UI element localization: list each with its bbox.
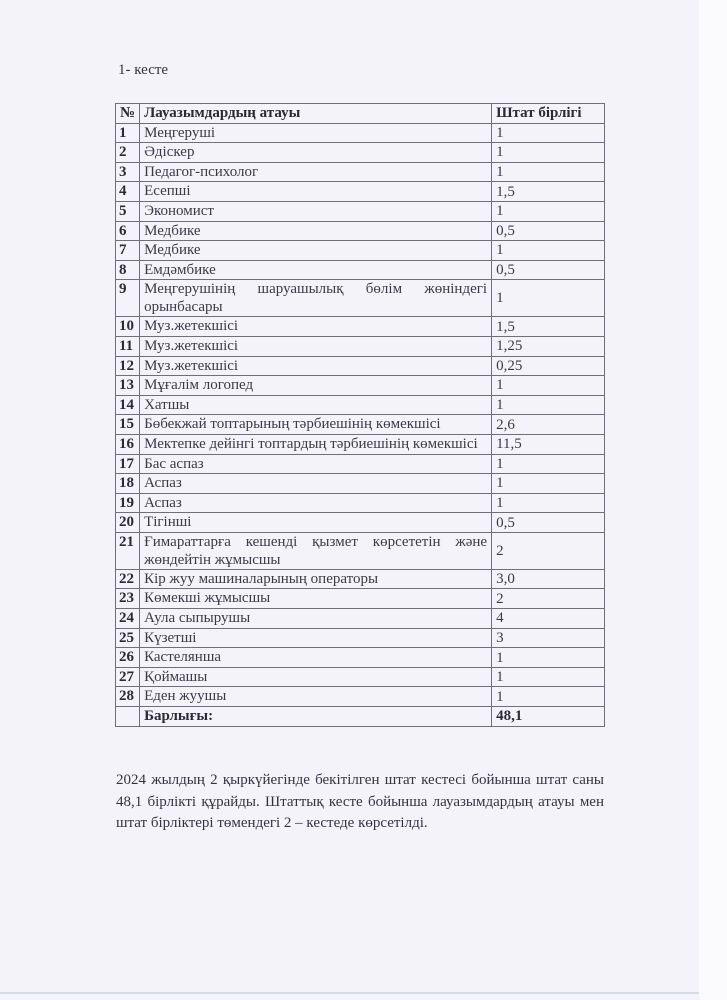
staff-table: № Лауазымдардың атауы Штат бірлігі 1Меңг… bbox=[115, 103, 605, 727]
row-number: 5 bbox=[116, 201, 140, 221]
row-number: 28 bbox=[116, 687, 140, 707]
staff-units: 0,5 bbox=[492, 221, 605, 241]
staff-units: 2 bbox=[492, 532, 605, 569]
table-row: 6Медбике0,5 bbox=[116, 221, 605, 241]
table-row: 10Муз.жетекшісі1,5 bbox=[116, 317, 605, 337]
row-number: 18 bbox=[116, 474, 140, 494]
table-body: 1Меңгеруші12Әдіскер13Педагог-психолог14Е… bbox=[116, 123, 605, 726]
position-name: Меңгеруші bbox=[140, 123, 492, 143]
position-name: Бас аспаз bbox=[140, 454, 492, 474]
table-row: 23Көмекші жұмысшы2 bbox=[116, 589, 605, 609]
staff-units: 1 bbox=[492, 376, 605, 396]
staff-units: 0,5 bbox=[492, 260, 605, 280]
row-number: 22 bbox=[116, 569, 140, 589]
table-row: 7Медбике1 bbox=[116, 241, 605, 261]
row-number: 12 bbox=[116, 356, 140, 376]
table-row: 2Әдіскер1 bbox=[116, 143, 605, 163]
table-row: 20Тігінші0,5 bbox=[116, 513, 605, 533]
table-row: 19Аспаз1 bbox=[116, 493, 605, 513]
table-row: 13Мұғалім логопед1 bbox=[116, 376, 605, 396]
staff-units: 0,25 bbox=[492, 356, 605, 376]
staff-units: 2,6 bbox=[492, 415, 605, 435]
row-number: 17 bbox=[116, 454, 140, 474]
table-row: 21Ғимараттарға кешенді қызмет көрсететін… bbox=[116, 532, 605, 569]
position-name: Меңгерушінің шаруашылық бөлім жөніндегі … bbox=[140, 280, 492, 317]
position-name: Қоймашы bbox=[140, 667, 492, 687]
position-name: Муз.жетекшісі bbox=[140, 336, 492, 356]
table-row: 9Меңгерушінің шаруашылық бөлім жөніндегі… bbox=[116, 280, 605, 317]
position-name: Кастелянша bbox=[140, 648, 492, 668]
row-number: 9 bbox=[116, 280, 140, 317]
staff-units: 1 bbox=[492, 648, 605, 668]
staff-units: 4 bbox=[492, 609, 605, 629]
table-row: 28Еден жуушы1 bbox=[116, 687, 605, 707]
total-label: Барлығы: bbox=[140, 707, 492, 727]
scan-margin-strip bbox=[699, 0, 727, 1000]
staff-units: 1,5 bbox=[492, 182, 605, 202]
row-number: 8 bbox=[116, 260, 140, 280]
row-number: 16 bbox=[116, 434, 140, 454]
table-header-row: № Лауазымдардың атауы Штат бірлігі bbox=[116, 104, 605, 124]
staff-units: 1 bbox=[492, 241, 605, 261]
table-row: 5Экономист1 bbox=[116, 201, 605, 221]
staff-units: 1,5 bbox=[492, 317, 605, 337]
table-row: 22Кір жуу машиналарының операторы3,0 bbox=[116, 569, 605, 589]
position-name: Медбике bbox=[140, 221, 492, 241]
staff-units: 3 bbox=[492, 628, 605, 648]
table-row: 27Қоймашы1 bbox=[116, 667, 605, 687]
table-row: 1Меңгеруші1 bbox=[116, 123, 605, 143]
row-number: 24 bbox=[116, 609, 140, 629]
row-number: 10 bbox=[116, 317, 140, 337]
staff-units: 1 bbox=[492, 162, 605, 182]
row-number: 2 bbox=[116, 143, 140, 163]
row-number: 26 bbox=[116, 648, 140, 668]
position-name: Аспаз bbox=[140, 474, 492, 494]
row-number: 23 bbox=[116, 589, 140, 609]
summary-paragraph: 2024 жылдың 2 қыркүйегінде бекітілген шт… bbox=[116, 770, 604, 835]
table-row: 15Бөбекжай топтарының тәрбиешінің көмекш… bbox=[116, 415, 605, 435]
row-number: 20 bbox=[116, 513, 140, 533]
position-name: Кір жуу машиналарының операторы bbox=[140, 569, 492, 589]
row-number: 3 bbox=[116, 162, 140, 182]
staff-units: 1 bbox=[492, 395, 605, 415]
table-row: 14Хатшы1 bbox=[116, 395, 605, 415]
staff-units: 11,5 bbox=[492, 434, 605, 454]
staff-units: 1 bbox=[492, 667, 605, 687]
row-number: 13 bbox=[116, 376, 140, 396]
table-row: 26Кастелянша1 bbox=[116, 648, 605, 668]
table-row: 16Мектепке дейінгі топтардың тәрбиешінің… bbox=[116, 434, 605, 454]
table-row: 18Аспаз1 bbox=[116, 474, 605, 494]
staff-units: 1,25 bbox=[492, 336, 605, 356]
row-number: 14 bbox=[116, 395, 140, 415]
row-number: 1 bbox=[116, 123, 140, 143]
staff-units: 1 bbox=[492, 201, 605, 221]
staff-units: 0,5 bbox=[492, 513, 605, 533]
header-position-name: Лауазымдардың атауы bbox=[140, 104, 492, 124]
staff-units: 1 bbox=[492, 687, 605, 707]
table-row: 3Педагог-психолог1 bbox=[116, 162, 605, 182]
position-name: Көмекші жұмысшы bbox=[140, 589, 492, 609]
row-number: 19 bbox=[116, 493, 140, 513]
row-number: 4 bbox=[116, 182, 140, 202]
position-name: Есепші bbox=[140, 182, 492, 202]
position-name: Емдәмбике bbox=[140, 260, 492, 280]
table-row: 12Муз.жетекшісі0,25 bbox=[116, 356, 605, 376]
position-name: Ғимараттарға кешенді қызмет көрсететін ж… bbox=[140, 532, 492, 569]
staff-units: 1 bbox=[492, 280, 605, 317]
row-number: 27 bbox=[116, 667, 140, 687]
table-total-row: Барлығы:48,1 bbox=[116, 707, 605, 727]
row-number: 21 bbox=[116, 532, 140, 569]
row-number: 11 bbox=[116, 336, 140, 356]
position-name: Медбике bbox=[140, 241, 492, 261]
position-name: Муз.жетекшісі bbox=[140, 356, 492, 376]
staff-units: 1 bbox=[492, 454, 605, 474]
total-empty-cell bbox=[116, 707, 140, 727]
position-name: Еден жуушы bbox=[140, 687, 492, 707]
row-number: 25 bbox=[116, 628, 140, 648]
header-number: № bbox=[116, 104, 140, 124]
staff-units: 1 bbox=[492, 143, 605, 163]
staff-units: 3,0 bbox=[492, 569, 605, 589]
staff-units: 2 bbox=[492, 589, 605, 609]
row-number: 6 bbox=[116, 221, 140, 241]
position-name: Аула сыпырушы bbox=[140, 609, 492, 629]
position-name: Хатшы bbox=[140, 395, 492, 415]
staff-units: 1 bbox=[492, 493, 605, 513]
position-name: Мұғалім логопед bbox=[140, 376, 492, 396]
table-row: 8Емдәмбике0,5 bbox=[116, 260, 605, 280]
scan-edge-line bbox=[0, 992, 699, 994]
table-row: 17Бас аспаз1 bbox=[116, 454, 605, 474]
position-name: Педагог-психолог bbox=[140, 162, 492, 182]
staff-units: 1 bbox=[492, 123, 605, 143]
position-name: Муз.жетекшісі bbox=[140, 317, 492, 337]
table-row: 11Муз.жетекшісі1,25 bbox=[116, 336, 605, 356]
table-row: 25Күзетші3 bbox=[116, 628, 605, 648]
header-staff-units: Штат бірлігі bbox=[492, 104, 605, 124]
position-name: Экономист bbox=[140, 201, 492, 221]
position-name: Аспаз bbox=[140, 493, 492, 513]
position-name: Тігінші bbox=[140, 513, 492, 533]
table-caption: 1- кесте bbox=[118, 62, 168, 79]
position-name: Бөбекжай топтарының тәрбиешінің көмекшіс… bbox=[140, 415, 492, 435]
position-name: Күзетші bbox=[140, 628, 492, 648]
row-number: 15 bbox=[116, 415, 140, 435]
staff-units: 1 bbox=[492, 474, 605, 494]
row-number: 7 bbox=[116, 241, 140, 261]
table-row: 24Аула сыпырушы4 bbox=[116, 609, 605, 629]
table-row: 4Есепші1,5 bbox=[116, 182, 605, 202]
position-name: Мектепке дейінгі топтардың тәрбиешінің к… bbox=[140, 434, 492, 454]
position-name: Әдіскер bbox=[140, 143, 492, 163]
total-units: 48,1 bbox=[492, 707, 605, 727]
